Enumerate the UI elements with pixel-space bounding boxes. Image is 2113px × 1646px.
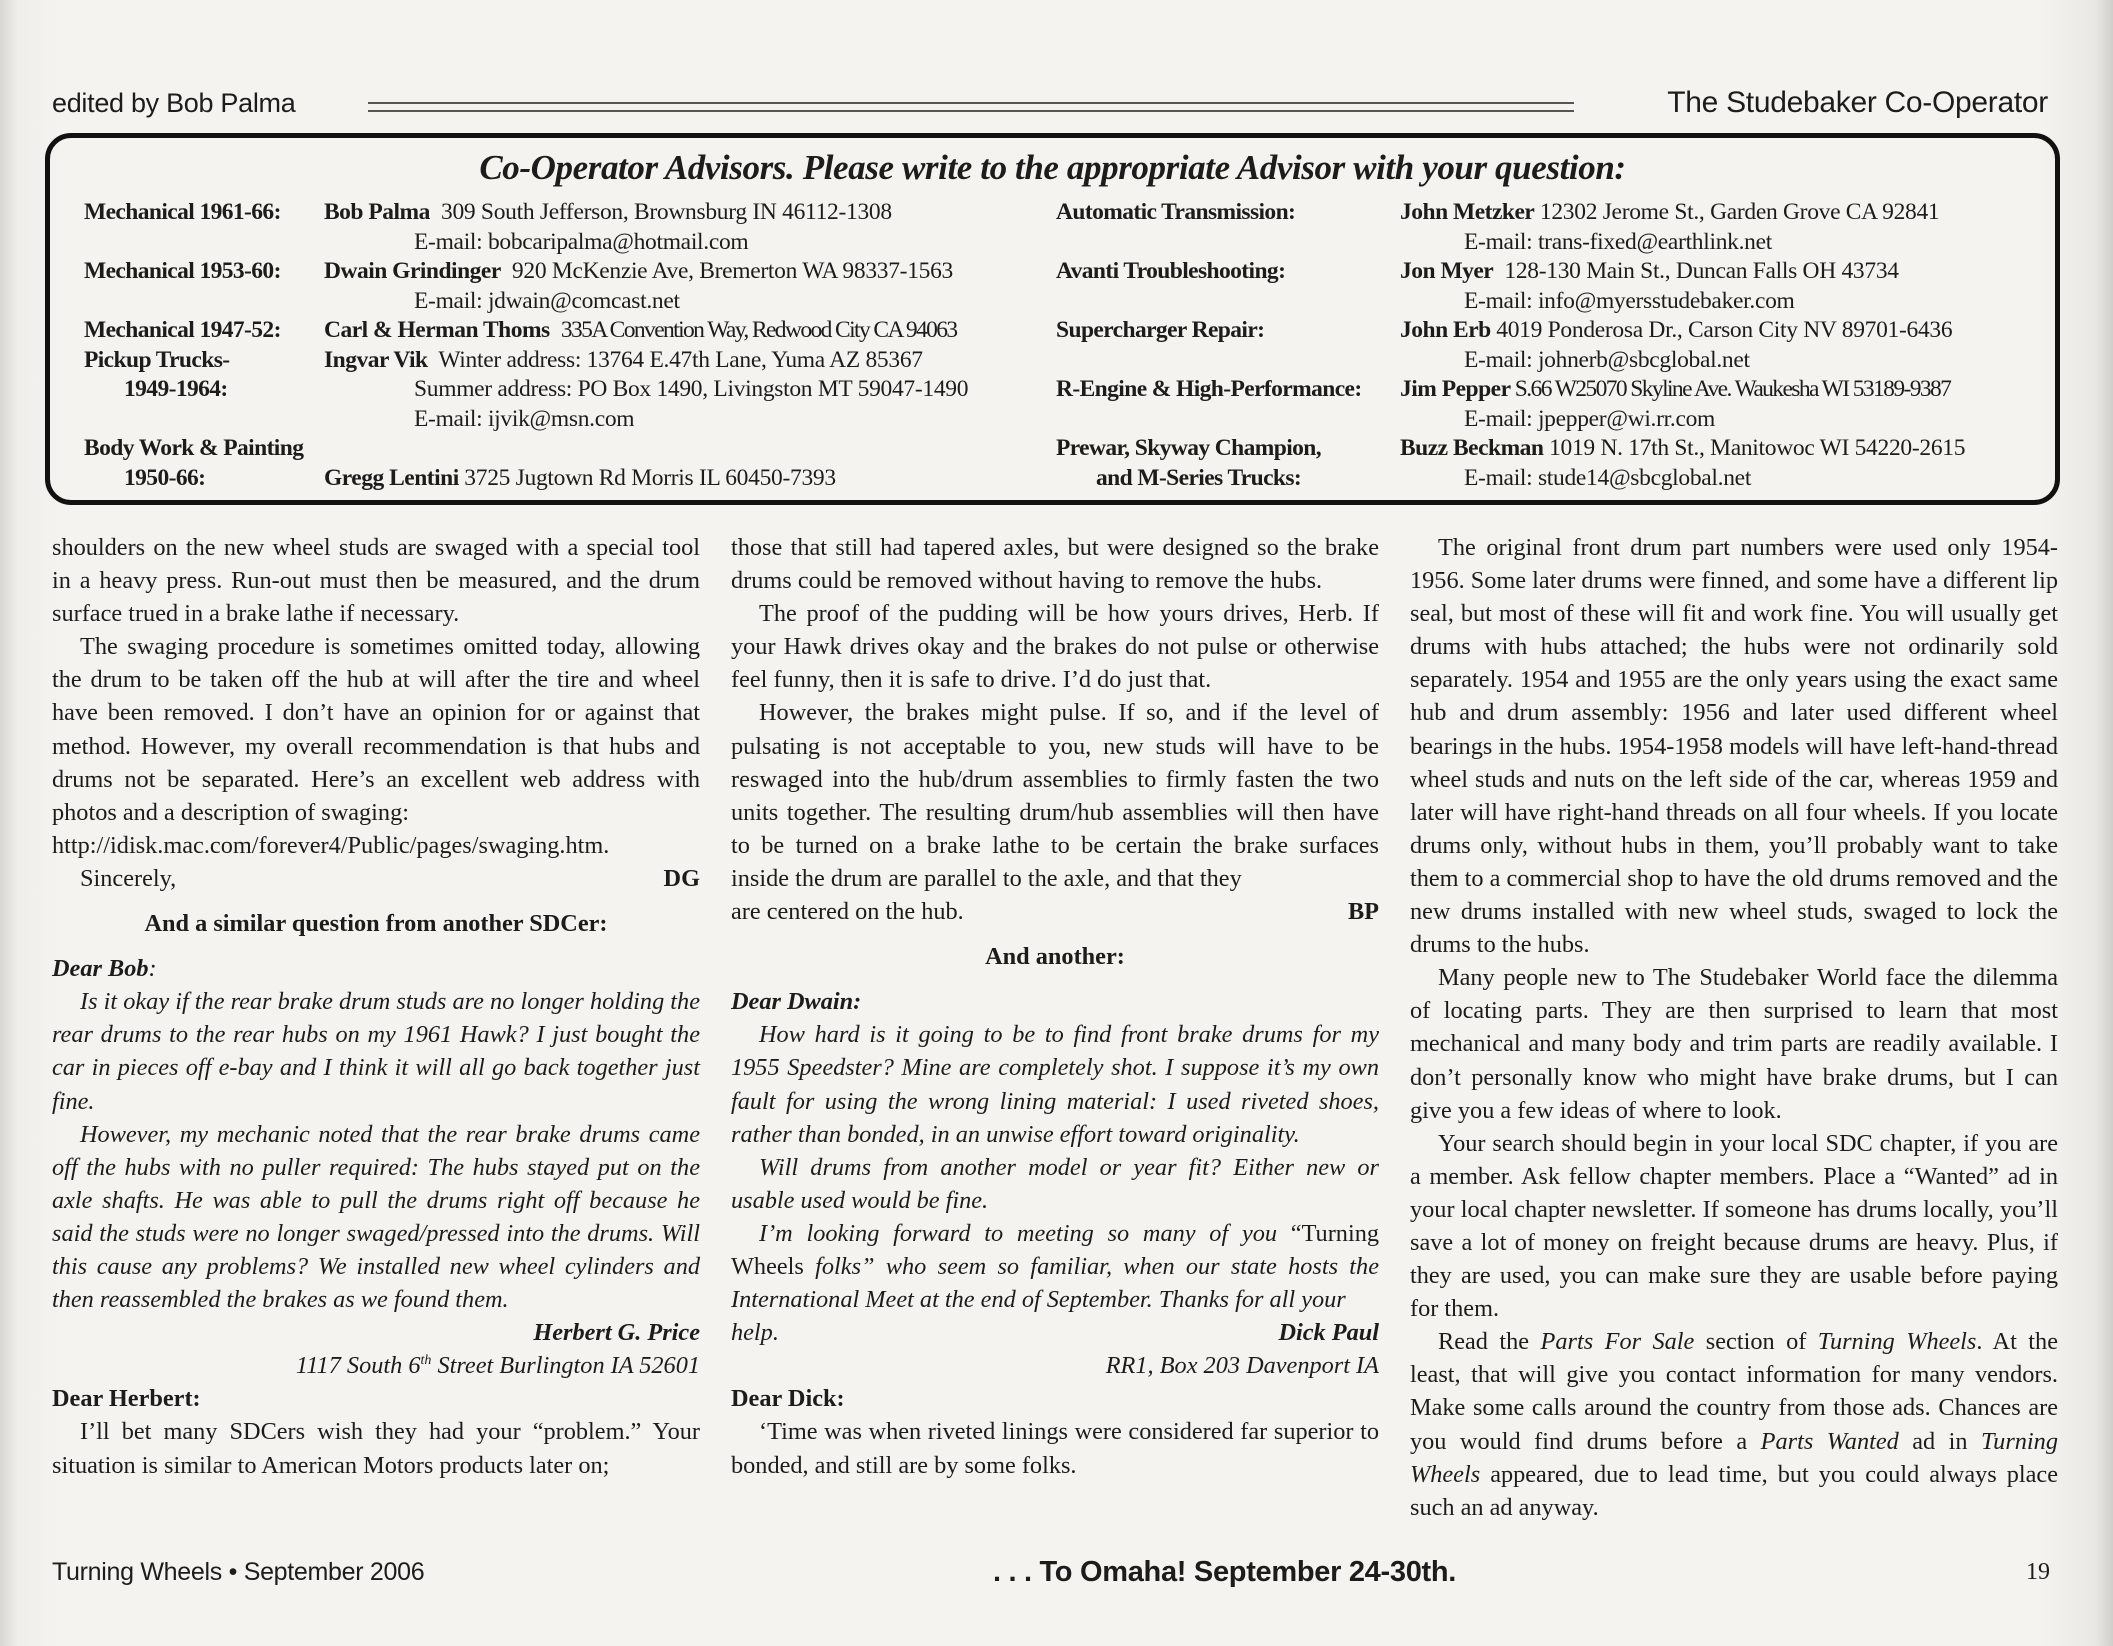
- advisor-address: Winter address: 13764 E.47th Lane, Yuma …: [438, 347, 922, 373]
- paragraph: those that still had tapered axles, but …: [731, 531, 1379, 597]
- advisor-category: Mechanical 1961-66:: [84, 198, 281, 228]
- advisor-category: Prewar, Skyway Champion,: [1056, 434, 1321, 464]
- footer-promo: . . . To Omaha! September 24-30th.: [993, 1556, 1456, 1589]
- advisor-address: S.66 W25070 Skyline Ave. Waukesha WI 531…: [1515, 376, 1951, 402]
- letter-paragraph: However, my mechanic noted that the rear…: [52, 1118, 700, 1317]
- closing-line: Sincerely, DG: [52, 862, 700, 895]
- running-header-column-title: The Studebaker Co-Operator: [1667, 86, 2048, 120]
- advisor-name: John Erb: [1400, 317, 1491, 343]
- reply-salutation: Dear Dick:: [731, 1382, 1379, 1415]
- advisor-name: Jim Pepper: [1400, 376, 1511, 402]
- advisor-address: 4019 Ponderosa Dr., Carson City NV 89701…: [1496, 317, 1952, 343]
- page-number: 19: [2026, 1559, 2050, 1586]
- advisor-entry: Automatic Transmission: John Metzker 123…: [1056, 198, 2036, 228]
- advisor-name: Ingvar Vik: [324, 347, 428, 373]
- letter-signature-name: Herbert G. Price: [52, 1316, 700, 1349]
- advisors-right-column: Automatic Transmission: John Metzker 123…: [1056, 198, 2036, 493]
- letter-paragraph: Will drums from another model or year fi…: [731, 1151, 1379, 1217]
- advisor-email: E-mail: jpepper@wi.rr.com: [1464, 405, 1715, 435]
- letter-signature-address: RR1, Box 203 Davenport IA: [731, 1349, 1379, 1382]
- advisor-name: Dwain Grindinger: [324, 258, 501, 284]
- advisor-name: Buzz Beckman: [1400, 435, 1543, 461]
- advisor-category-years: 1950-66:: [124, 464, 205, 494]
- advisor-address: 1019 N. 17th St., Manitowoc WI 54220-261…: [1549, 435, 1965, 461]
- advisor-entry: Mechanical 1961-66: Bob Palma 309 South …: [84, 198, 1084, 228]
- advisors-box: Co-Operator Advisors. Please write to th…: [45, 133, 2060, 505]
- article-column-3: The original front drum part numbers wer…: [1410, 531, 2058, 1524]
- advisor-name: Gregg Lentini: [324, 465, 459, 491]
- advisor-category-continued: and M-Series Trucks:: [1096, 464, 1301, 494]
- letter-paragraph: How hard is it going to be to find front…: [731, 1018, 1379, 1150]
- running-header-editor: edited by Bob Palma: [52, 88, 295, 119]
- closing-line: are centered on the hub. BP: [731, 895, 1379, 928]
- letter-salutation: Dear Bob:: [52, 952, 700, 985]
- paragraph: Many people new to The Studebaker World …: [1410, 961, 2058, 1126]
- paragraph: The swaging procedure is sometimes omitt…: [52, 630, 700, 829]
- paragraph: ‘Time was when riveted linings were cons…: [731, 1415, 1379, 1481]
- advisor-entry: Mechanical 1953-60: Dwain Grindinger 920…: [84, 257, 1084, 287]
- subheading: And another:: [731, 940, 1379, 973]
- advisor-name: Bob Palma: [324, 199, 430, 225]
- advisor-name: Jon Myer: [1400, 258, 1493, 284]
- advisor-category: Avanti Troubleshooting:: [1056, 257, 1285, 287]
- advisor-address: 128-130 Main St., Duncan Falls OH 43734: [1504, 258, 1898, 284]
- advisor-address: 12302 Jerome St., Garden Grove CA 92841: [1540, 199, 1940, 225]
- advisor-email: E-mail: bobcaripalma@hotmail.com: [414, 228, 748, 258]
- paragraph: However, the brakes might pulse. If so, …: [731, 696, 1379, 895]
- advisor-category: Mechanical 1953-60:: [84, 257, 281, 287]
- paragraph: I’ll bet many SDCers wish they had your …: [52, 1415, 700, 1481]
- letter-signature-line: help. Dick Paul: [731, 1316, 1379, 1349]
- letter-paragraph: Is it okay if the rear brake drum studs …: [52, 985, 700, 1117]
- subheading: And a similar question from another SDCe…: [52, 907, 700, 940]
- advisor-category: Pickup Trucks-: [84, 346, 229, 376]
- letter-signature-address: 1117 South 6th Street Burlington IA 5260…: [52, 1349, 700, 1382]
- paragraph: Read the Parts For Sale section of Turni…: [1410, 1325, 2058, 1524]
- advisor-category-years: 1949-1964:: [124, 375, 228, 405]
- advisor-entry: R-Engine & High-Performance: Jim Pepper …: [1056, 375, 2036, 405]
- advisor-address-secondary: Summer address: PO Box 1490, Livingston …: [414, 375, 968, 405]
- advisor-address: 3725 Jugtown Rd Morris IL 60450-7393: [464, 465, 836, 491]
- advisor-email: E-mail: johnerb@sbcglobal.net: [1464, 346, 1750, 376]
- paragraph: shoulders on the new wheel studs are swa…: [52, 531, 700, 630]
- article-column-1: shoulders on the new wheel studs are swa…: [52, 531, 700, 1482]
- header-double-rule: [368, 102, 1574, 112]
- advisors-title: Co-Operator Advisors. Please write to th…: [50, 148, 2055, 188]
- advisor-entry: Pickup Trucks- Ingvar Vik Winter address…: [84, 346, 1084, 376]
- advisor-name: Carl & Herman Thoms: [324, 317, 550, 343]
- article-column-2: those that still had tapered axles, but …: [731, 531, 1379, 1482]
- advisor-address: 920 McKenzie Ave, Bremerton WA 98337-156…: [512, 258, 953, 284]
- advisor-address: 335A Convention Way, Redwood City CA 940…: [561, 317, 957, 343]
- paragraph: The proof of the pudding will be how you…: [731, 597, 1379, 696]
- paragraph: Your search should begin in your local S…: [1410, 1127, 2058, 1326]
- advisor-category: R-Engine & High-Performance:: [1056, 375, 1362, 405]
- footer-publication: Turning Wheels • September 2006: [52, 1558, 424, 1587]
- letter-salutation: Dear Dwain:: [731, 985, 1379, 1018]
- advisor-email: E-mail: stude14@sbcglobal.net: [1464, 464, 1751, 494]
- advisor-category: Body Work & Painting: [84, 434, 303, 464]
- letter-signature-name: Dick Paul: [1278, 1316, 1379, 1349]
- signature-initials: DG: [636, 862, 700, 895]
- advisor-entry: Prewar, Skyway Champion, Buzz Beckman 10…: [1056, 434, 2036, 464]
- advisor-email: E-mail: info@myersstudebaker.com: [1464, 287, 1795, 317]
- letter-paragraph: I’m looking forward to meeting so many o…: [731, 1217, 1379, 1316]
- reply-salutation: Dear Herbert:: [52, 1382, 700, 1415]
- closing: Sincerely,: [52, 862, 176, 895]
- advisor-entry: Supercharger Repair: John Erb 4019 Ponde…: [1056, 316, 2036, 346]
- advisor-category: Automatic Transmission:: [1056, 198, 1295, 228]
- advisor-email: E-mail: trans-fixed@earthlink.net: [1464, 228, 1772, 258]
- advisor-category: Supercharger Repair:: [1056, 316, 1264, 346]
- paragraph: The original front drum part numbers wer…: [1410, 531, 2058, 961]
- advisor-category: Mechanical 1947-52:: [84, 316, 281, 346]
- advisor-email: E-mail: ijvik@msn.com: [414, 405, 634, 435]
- advisor-entry: Mechanical 1947-52: Carl & Herman Thoms …: [84, 316, 1084, 346]
- advisor-address: 309 South Jefferson, Brownsburg IN 46112…: [441, 199, 892, 225]
- advisor-name: John Metzker: [1400, 199, 1534, 225]
- web-address: http://idisk.mac.com/forever4/Public/pag…: [52, 829, 700, 862]
- advisor-entry: Avanti Troubleshooting: Jon Myer 128-130…: [1056, 257, 2036, 287]
- advisor-entry: 1950-66: Gregg Lentini 3725 Jugtown Rd M…: [84, 464, 1084, 494]
- advisors-left-column: Mechanical 1961-66: Bob Palma 309 South …: [84, 198, 1084, 493]
- signature-initials: BP: [1348, 895, 1379, 928]
- advisor-email: E-mail: jdwain@comcast.net: [414, 287, 680, 317]
